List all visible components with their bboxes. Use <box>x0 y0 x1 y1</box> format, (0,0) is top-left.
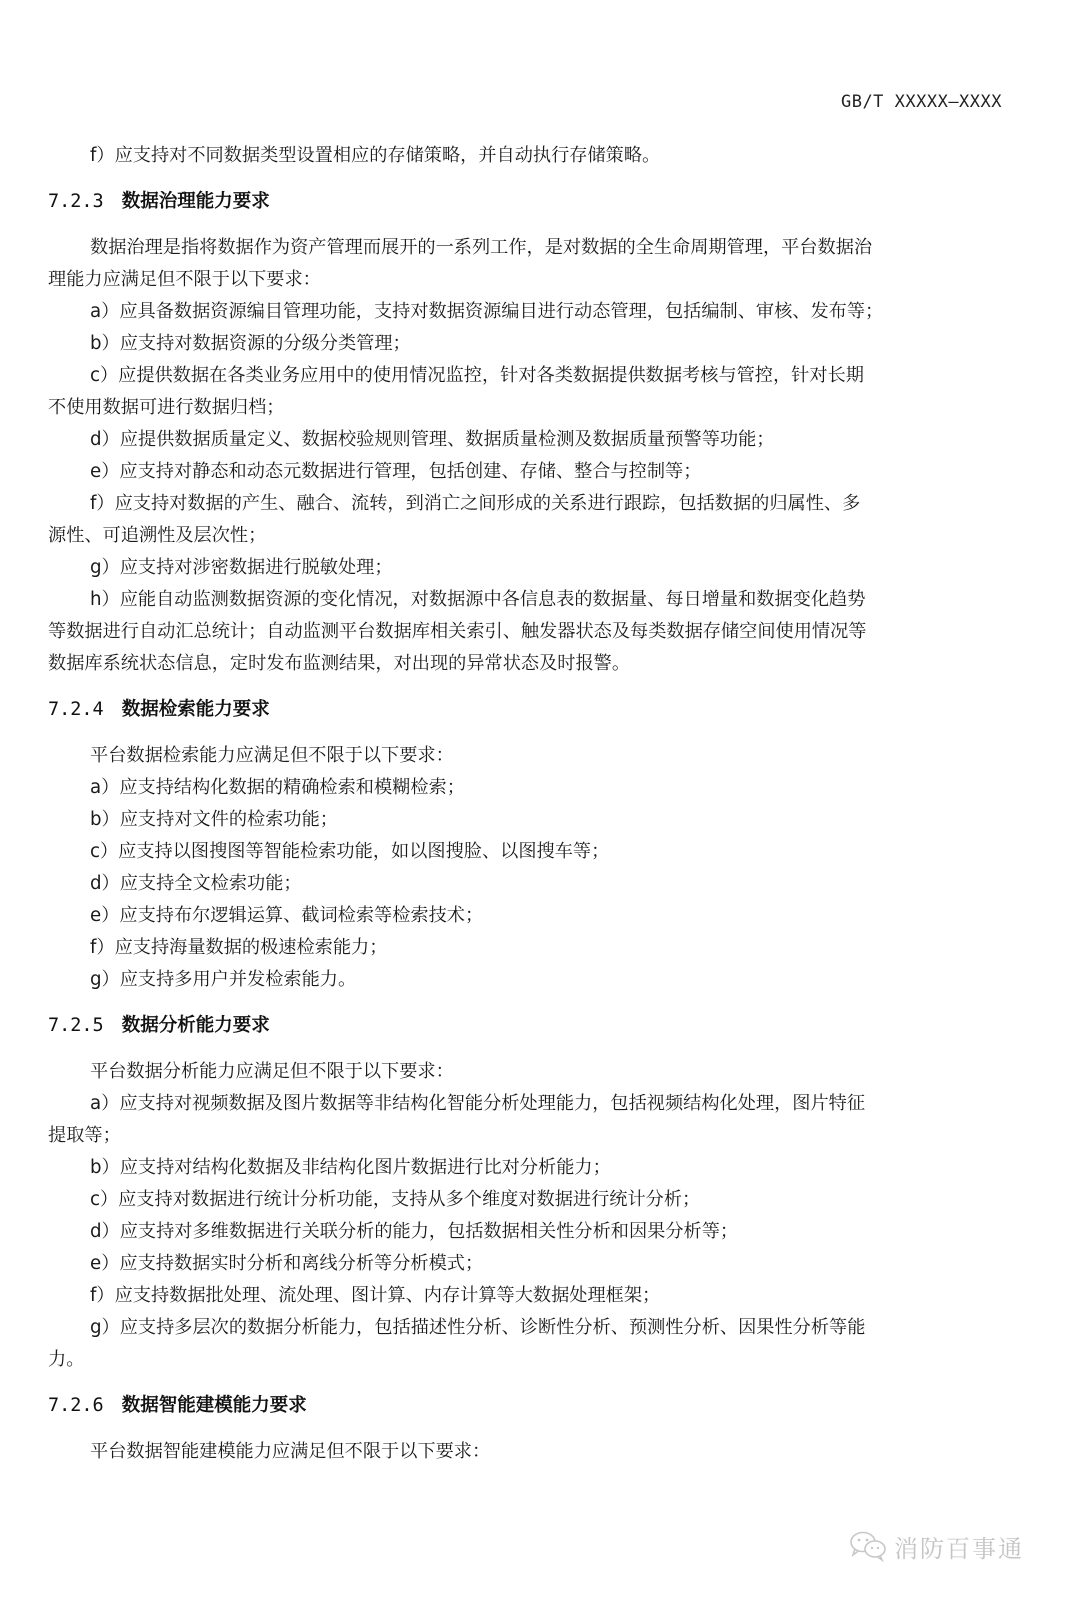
text-line: d）应支持对多维数据进行关联分析的能力，包括数据相关性分析和因果分析等； <box>48 1216 1008 1248</box>
watermark-text: 消防百事通 <box>894 1529 1024 1564</box>
text-line: 平台数据智能建模能力应满足但不限于以下要求： <box>48 1436 1008 1468</box>
text-line: d）应支持全文检索功能； <box>48 868 1008 900</box>
text-line: a）应支持对视频数据及图片数据等非结构化智能分析处理能力，包括视频结构化处理，图… <box>48 1088 1008 1120</box>
list-item: g）应支持多用户并发检索能力。 <box>48 964 1008 996</box>
paragraph: 平台数据检索能力应满足但不限于以下要求： <box>48 740 1008 772</box>
document-page: GB/T XXXXX—XXXX f）应支持对不同数据类型设置相应的存储策略，并自… <box>0 0 1080 1598</box>
text-line: 源性、可追溯性及层次性； <box>48 520 1008 552</box>
text-line: c）应支持对数据进行统计分析功能，支持从多个维度对数据进行统计分析； <box>48 1184 1008 1216</box>
list-item: f）应支持对不同数据类型设置相应的存储策略，并自动执行存储策略。 <box>48 140 1008 172</box>
text-line: g）应支持多层次的数据分析能力，包括描述性分析、诊断性分析、预测性分析、因果性分… <box>48 1312 1008 1344</box>
text-line: h）应能自动监测数据资源的变化情况，对数据源中各信息表的数据量、每日增量和数据变… <box>48 584 1008 616</box>
text-line: f）应支持对不同数据类型设置相应的存储策略，并自动执行存储策略。 <box>48 140 1008 172</box>
list-item: a）应支持结构化数据的精确检索和模糊检索； <box>48 772 1008 804</box>
list-item: h）应能自动监测数据资源的变化情况，对数据源中各信息表的数据量、每日增量和数据变… <box>48 584 1008 680</box>
list-item: f）应支持海量数据的极速检索能力； <box>48 932 1008 964</box>
text-line: f）应支持海量数据的极速检索能力； <box>48 932 1008 964</box>
section-title: 数据检索能力要求 <box>122 699 270 720</box>
list-item: d）应支持对多维数据进行关联分析的能力，包括数据相关性分析和因果分析等； <box>48 1216 1008 1248</box>
section-number: 7.2.5 <box>48 1015 104 1036</box>
text-line: e）应支持数据实时分析和离线分析等分析模式； <box>48 1248 1008 1280</box>
section-heading: 7.2.3数据治理能力要求 <box>48 186 1008 218</box>
list-item: c）应支持对数据进行统计分析功能，支持从多个维度对数据进行统计分析； <box>48 1184 1008 1216</box>
text-line: 数据库系统状态信息，定时发布监测结果，对出现的异常状态及时报警。 <box>48 648 1008 680</box>
paragraph: 平台数据智能建模能力应满足但不限于以下要求： <box>48 1436 1008 1468</box>
section-title: 数据智能建模能力要求 <box>122 1395 307 1416</box>
wechat-icon <box>848 1530 888 1562</box>
section-heading: 7.2.6数据智能建模能力要求 <box>48 1390 1008 1422</box>
paragraph: 数据治理是指将数据作为资产管理而展开的一系列工作，是对数据的全生命周期管理，平台… <box>48 232 1008 296</box>
text-line: g）应支持对涉密数据进行脱敏处理； <box>48 552 1008 584</box>
section-heading: 7.2.5数据分析能力要求 <box>48 1010 1008 1042</box>
section-heading: 7.2.4数据检索能力要求 <box>48 694 1008 726</box>
text-line: e）应支持对静态和动态元数据进行管理，包括创建、存储、整合与控制等； <box>48 456 1008 488</box>
text-line: a）应具备数据资源编目管理功能，支持对数据资源编目进行动态管理，包括编制、审核、… <box>48 296 1008 328</box>
list-item: g）应支持多层次的数据分析能力，包括描述性分析、诊断性分析、预测性分析、因果性分… <box>48 1312 1008 1376</box>
text-line: c）应提供数据在各类业务应用中的使用情况监控，针对各类数据提供数据考核与管控，针… <box>48 360 1008 392</box>
watermark: 消防百事通 <box>848 1530 1024 1562</box>
text-line: 平台数据分析能力应满足但不限于以下要求： <box>48 1056 1008 1088</box>
list-item: e）应支持布尔逻辑运算、截词检索等检索技术； <box>48 900 1008 932</box>
list-item: c）应支持以图搜图等智能检索功能，如以图搜脸、以图搜车等； <box>48 836 1008 868</box>
list-item: c）应提供数据在各类业务应用中的使用情况监控，针对各类数据提供数据考核与管控，针… <box>48 360 1008 424</box>
text-line: 理能力应满足但不限于以下要求： <box>48 264 1008 296</box>
section-title: 数据分析能力要求 <box>122 1015 270 1036</box>
text-line: 平台数据检索能力应满足但不限于以下要求： <box>48 740 1008 772</box>
list-item: b）应支持对数据资源的分级分类管理； <box>48 328 1008 360</box>
text-line: 提取等； <box>48 1120 1008 1152</box>
list-item: b）应支持对文件的检索功能； <box>48 804 1008 836</box>
text-line: a）应支持结构化数据的精确检索和模糊检索； <box>48 772 1008 804</box>
text-line: 不使用数据可进行数据归档； <box>48 392 1008 424</box>
list-item: a）应支持对视频数据及图片数据等非结构化智能分析处理能力，包括视频结构化处理，图… <box>48 1088 1008 1152</box>
standard-number: GB/T XXXXX—XXXX <box>841 92 1002 112</box>
text-line: 数据治理是指将数据作为资产管理而展开的一系列工作，是对数据的全生命周期管理，平台… <box>48 232 1008 264</box>
paragraph: 平台数据分析能力应满足但不限于以下要求： <box>48 1056 1008 1088</box>
section-title: 数据治理能力要求 <box>122 191 270 212</box>
list-item: e）应支持对静态和动态元数据进行管理，包括创建、存储、整合与控制等； <box>48 456 1008 488</box>
section-number: 7.2.3 <box>48 191 104 212</box>
text-line: g）应支持多用户并发检索能力。 <box>48 964 1008 996</box>
list-item: d）应支持全文检索功能； <box>48 868 1008 900</box>
text-line: c）应支持以图搜图等智能检索功能，如以图搜脸、以图搜车等； <box>48 836 1008 868</box>
text-line: f）应支持对数据的产生、融合、流转，到消亡之间形成的关系进行跟踪，包括数据的归属… <box>48 488 1008 520</box>
list-item: e）应支持数据实时分析和离线分析等分析模式； <box>48 1248 1008 1280</box>
section-number: 7.2.6 <box>48 1395 104 1416</box>
text-line: b）应支持对文件的检索功能； <box>48 804 1008 836</box>
list-item: f）应支持数据批处理、流处理、图计算、内存计算等大数据处理框架； <box>48 1280 1008 1312</box>
document-body: f）应支持对不同数据类型设置相应的存储策略，并自动执行存储策略。7.2.3数据治… <box>48 140 1008 1468</box>
text-line: f）应支持数据批处理、流处理、图计算、内存计算等大数据处理框架； <box>48 1280 1008 1312</box>
text-line: d）应提供数据质量定义、数据校验规则管理、数据质量检测及数据质量预警等功能； <box>48 424 1008 456</box>
text-line: 等数据进行自动汇总统计；自动监测平台数据库相关索引、触发器状态及每类数据存储空间… <box>48 616 1008 648</box>
list-item: g）应支持对涉密数据进行脱敏处理； <box>48 552 1008 584</box>
text-line: b）应支持对数据资源的分级分类管理； <box>48 328 1008 360</box>
text-line: 力。 <box>48 1344 1008 1376</box>
section-number: 7.2.4 <box>48 699 104 720</box>
list-item: b）应支持对结构化数据及非结构化图片数据进行比对分析能力； <box>48 1152 1008 1184</box>
list-item: d）应提供数据质量定义、数据校验规则管理、数据质量检测及数据质量预警等功能； <box>48 424 1008 456</box>
list-item: f）应支持对数据的产生、融合、流转，到消亡之间形成的关系进行跟踪，包括数据的归属… <box>48 488 1008 552</box>
text-line: b）应支持对结构化数据及非结构化图片数据进行比对分析能力； <box>48 1152 1008 1184</box>
text-line: e）应支持布尔逻辑运算、截词检索等检索技术； <box>48 900 1008 932</box>
list-item: a）应具备数据资源编目管理功能，支持对数据资源编目进行动态管理，包括编制、审核、… <box>48 296 1008 328</box>
